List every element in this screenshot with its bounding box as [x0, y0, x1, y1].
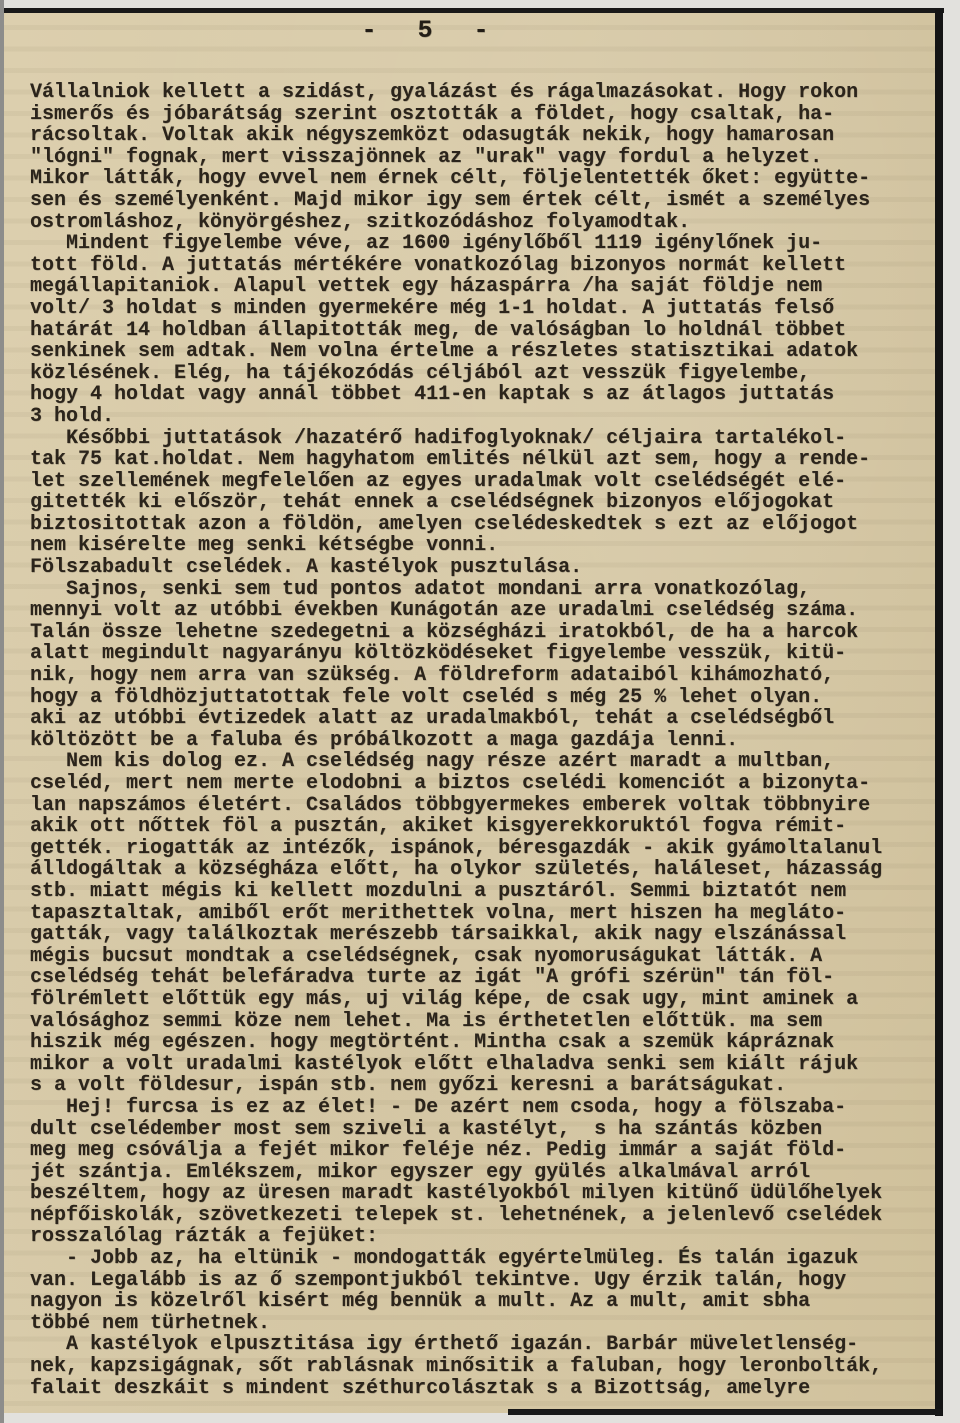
text-line: falait deszkáit s mindent széthurcolászt…: [30, 1378, 930, 1400]
text-line: nik, hogy nem arra van szükség. A földre…: [30, 665, 930, 687]
scan-edge-top-line: [4, 8, 944, 13]
text-line: Mindent figyelembe véve, az 1600 igénylő…: [30, 233, 930, 255]
text-line: volt/ 3 holdat s minden gyermekére még 1…: [30, 298, 930, 320]
text-line: s a volt földesur, ispán stb. nem győzi …: [30, 1075, 930, 1097]
text-line: A kastélyok elpusztitása igy érthető iga…: [30, 1334, 930, 1356]
text-line: Nem kis dolog ez. A cselédség nagy része…: [30, 751, 930, 773]
text-line: nem kisérelte meg senki kétségbe vonni.: [30, 535, 930, 557]
text-line: alatt megindult nagyarányu költözködések…: [30, 643, 930, 665]
text-line: cselédség tehát belefáradva turte az igá…: [30, 967, 930, 989]
text-line: - Jobb az, ha eltünik - mondogatták egyé…: [30, 1248, 930, 1270]
text-line: álldogáltak a községháza előtt, ha olyko…: [30, 859, 930, 881]
text-line: többé nem türhetnek.: [30, 1313, 930, 1335]
scan-edge-left: [0, 0, 4, 1423]
text-line: lan napszámos életért. Családos többgyer…: [30, 795, 930, 817]
text-line: 3 hold.: [30, 406, 930, 428]
text-line: közlésének. Elég, ha tájékozódás céljábó…: [30, 363, 930, 385]
text-line: Későbbi juttatások /hazatérő hadifoglyok…: [30, 428, 930, 450]
text-line: határát 14 holdban állapitották meg, de …: [30, 320, 930, 342]
text-line: sen és személyenként. Majd mikor igy sem…: [30, 190, 930, 212]
text-line: nagyon is közelről kisért még bennük a m…: [30, 1291, 930, 1313]
text-line: nek, kapzsigágnak, sőt rablásnak minősit…: [30, 1356, 930, 1378]
text-line: népfőiskolák, szövetkezeti telepek st. l…: [30, 1205, 930, 1227]
text-line: mennyi volt az utóbbi években Kunágotán …: [30, 600, 930, 622]
text-line: beszéltem, hogy az üresen maradt kastély…: [30, 1183, 930, 1205]
scan-edge-bottom-line: [508, 1409, 942, 1415]
text-line: ostromláshoz, könyörgéshez, szitkozódásh…: [30, 212, 930, 234]
text-line: "lógni" fognak, mert visszajönnek az "ur…: [30, 147, 930, 169]
text-line: van. Legalább is az ő szempontjukból tek…: [30, 1270, 930, 1292]
text-line: Hej! furcsa is ez az élet! - De azért ne…: [30, 1097, 930, 1119]
text-line: jét szántja. Emlékszem, mikor egyszer eg…: [30, 1162, 930, 1184]
text-line: tak 75 kat.holdat. Nem hagyhatom emlités…: [30, 449, 930, 471]
text-line: dult cselédember most sem sziveli a kast…: [30, 1119, 930, 1141]
page-number: - 5 -: [350, 16, 500, 45]
text-line: akik ott nőttek föl a pusztán, akiket ki…: [30, 816, 930, 838]
text-line: Sajnos, senki sem tud pontos adatot mond…: [30, 579, 930, 601]
text-line: let szellemének megfelelően az egyes ura…: [30, 471, 930, 493]
text-line: hiszik még egészen. hogy megtörtént. Min…: [30, 1032, 930, 1054]
text-line: megállapitaniok. Alapul vettek egy házas…: [30, 276, 930, 298]
text-line: költözött be a faluba és próbálkozott a …: [30, 730, 930, 752]
text-line: hogy a földhözjuttatottak fele volt csel…: [30, 687, 930, 709]
text-line: Fölszabadult cselédek. A kastélyok puszt…: [30, 557, 930, 579]
scanned-page: - 5 - Vállalniok kellett a szidást, gyal…: [0, 0, 960, 1423]
text-line: mégis bucsut mondtak a cselédségnek, csa…: [30, 946, 930, 968]
text-line: fölrémlett előttük egy más, uj világ kép…: [30, 989, 930, 1011]
text-line: hogy 4 holdat vagy annál többet 411-en k…: [30, 384, 930, 406]
text-line: cseléd, mert nem merte elodobni a biztos…: [30, 773, 930, 795]
text-line: tapasztaltak, amiből erőt merithettek vo…: [30, 903, 930, 925]
text-line: meg meg csóválja a fejét mikor feléje né…: [30, 1140, 930, 1162]
text-line: Mikor látták, hogy evvel nem érnek célt,…: [30, 168, 930, 190]
text-line: biztositottak azon a földön, amelyen cse…: [30, 514, 930, 536]
text-line: gatták, vagy találkoztak merészebb társa…: [30, 924, 930, 946]
text-line: stb. miatt mégis ki kellett mozdulni a p…: [30, 881, 930, 903]
text-line: Talán össze lehetne szedegetni a községh…: [30, 622, 930, 644]
text-line: ismerős és jóbarátság szerint osztották …: [30, 104, 930, 126]
document-lines: Vállalniok kellett a szidást, gyalázást …: [30, 82, 930, 1399]
text-line: gitették ki először, tehát ennek a cselé…: [30, 492, 930, 514]
text-line: Vállalniok kellett a szidást, gyalázást …: [30, 82, 930, 104]
text-line: valósághoz semmi köze nem lehet. Ma is é…: [30, 1011, 930, 1033]
text-line: tott föld. A juttatás mértékére vonatkoz…: [30, 255, 930, 277]
scan-edge-right-bar: [935, 10, 943, 1416]
text-line: aki az utóbbi évtizedek alatt az uradalm…: [30, 708, 930, 730]
text-line: rosszalólag rázták a fejüket:: [30, 1226, 930, 1248]
text-line: mikor a volt uradalmi kastélyok előtt el…: [30, 1054, 930, 1076]
text-line: rácsoltak. Voltak akik négyszemközt odas…: [30, 125, 930, 147]
text-line: senkinek sem adtak. Nem volna értelme a …: [30, 341, 930, 363]
text-line: gették. riogatták az intézők, ispánok, b…: [30, 838, 930, 860]
